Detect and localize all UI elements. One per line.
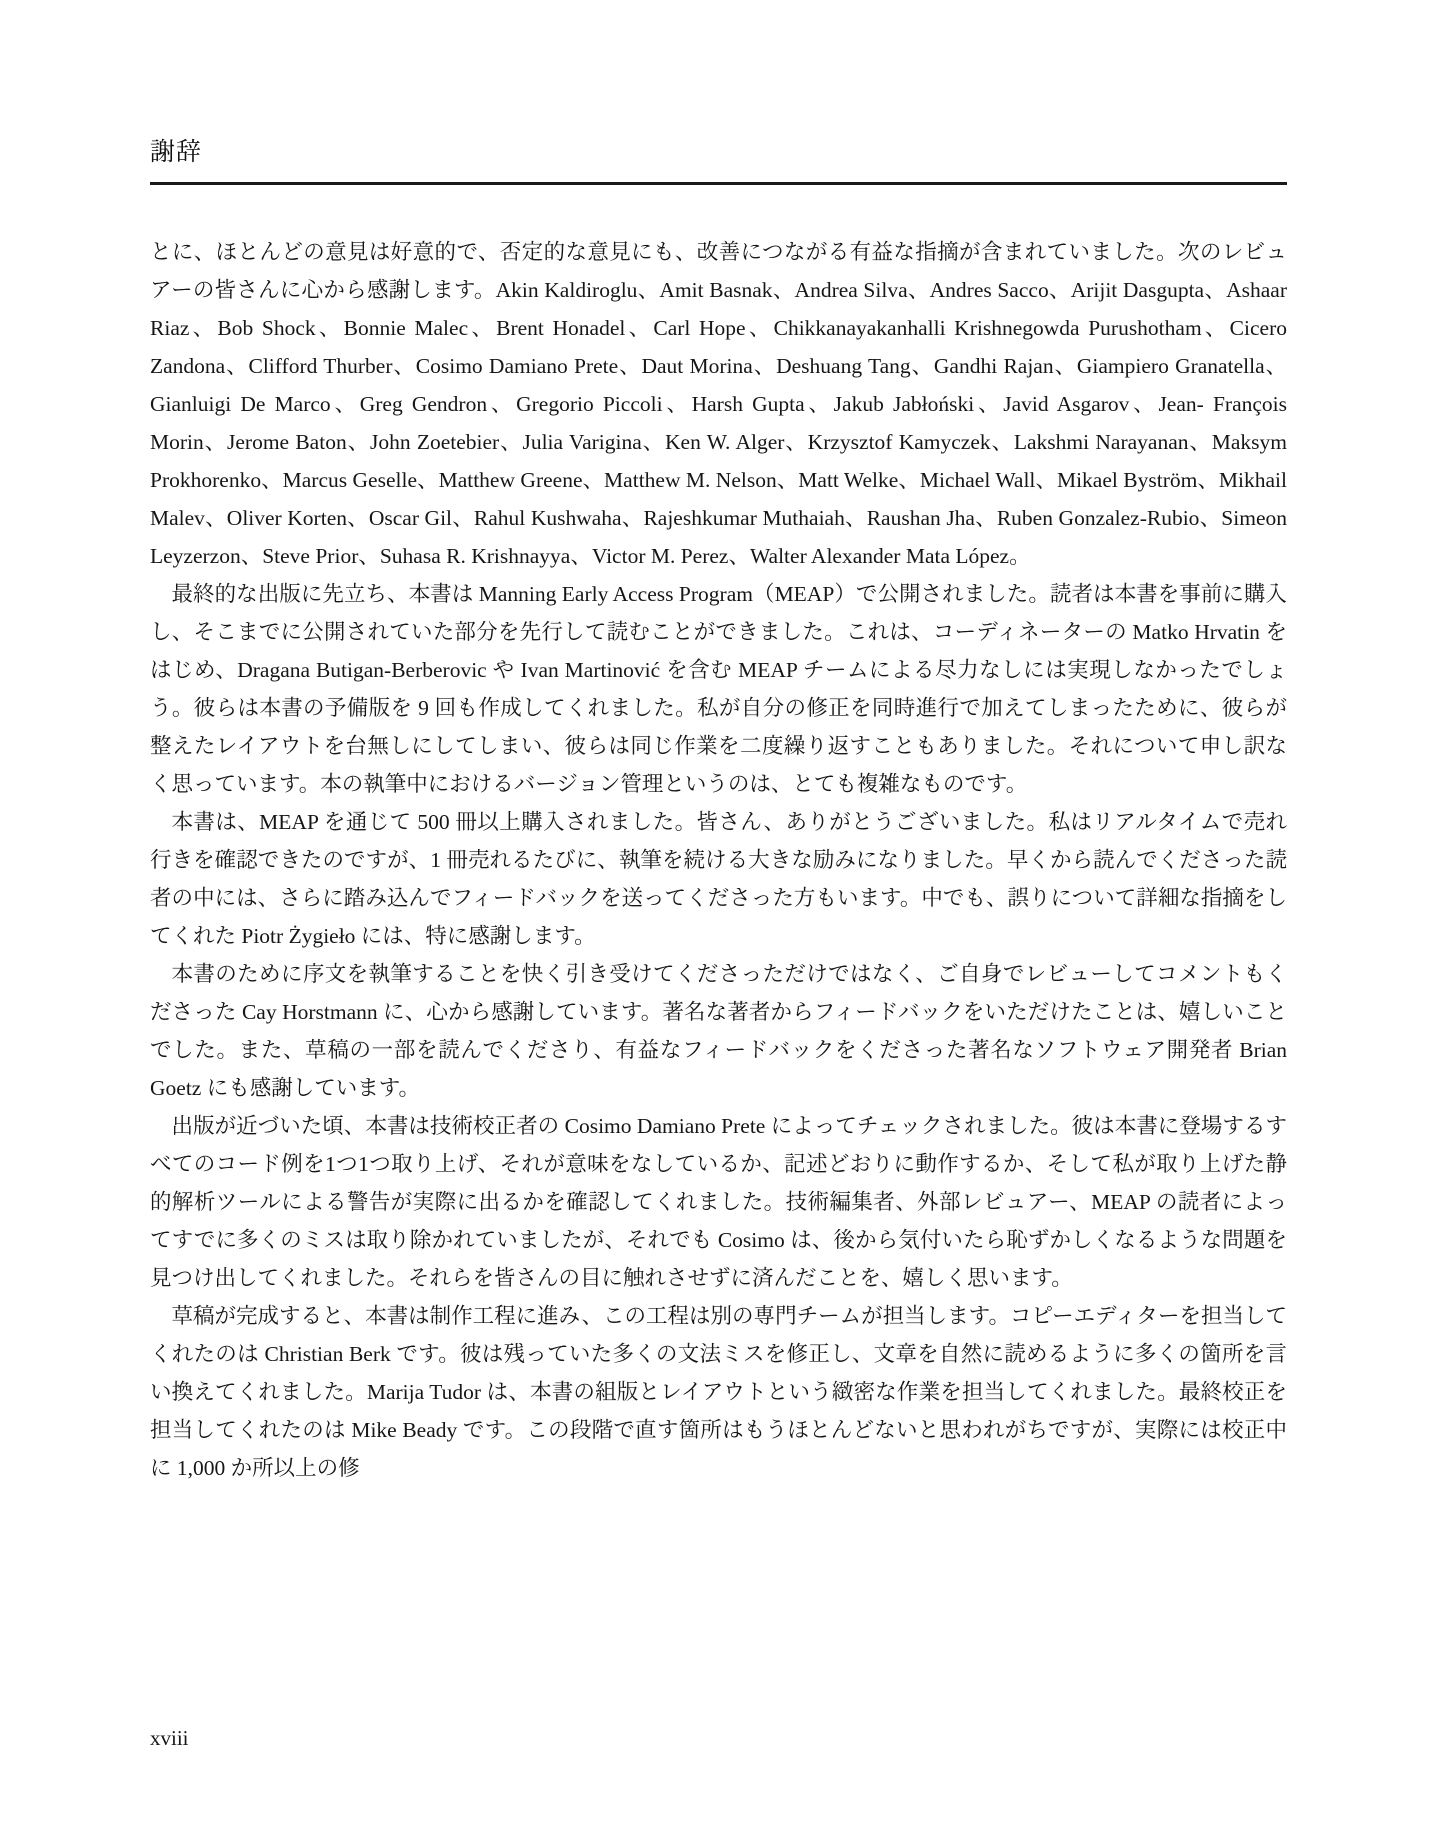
acknowledgments-body: とに、ほとんどの意見は好意的で、否定的な意見にも、改善につながる有益な指摘が含ま… xyxy=(150,233,1287,1487)
paragraph-production-team: 草稿が完成すると、本書は制作工程に進み、この工程は別の専門チームが担当します。コ… xyxy=(150,1297,1287,1487)
page-title: 謝辞 xyxy=(150,135,1287,170)
book-page: 謝辞 とに、ほとんどの意見は好意的で、否定的な意見にも、改善につながる有益な指摘… xyxy=(0,0,1433,1827)
page-footer: xviii xyxy=(150,1726,189,1751)
paragraph-meap: 最終的な出版に先立ち、本書は Manning Early Access Prog… xyxy=(150,575,1287,803)
paragraph-foreword-thanks: 本書のために序文を執筆することを快く引き受けてくださっただけではなく、ご自身でレ… xyxy=(150,955,1287,1107)
page-header: 謝辞 xyxy=(150,135,1287,185)
page-number: xviii xyxy=(150,1726,189,1750)
header-rule xyxy=(150,182,1287,185)
paragraph-meap-sales: 本書は、MEAP を通じて 500 冊以上購入されました。皆さん、ありがとうござ… xyxy=(150,803,1287,955)
paragraph-reviewers: とに、ほとんどの意見は好意的で、否定的な意見にも、改善につながる有益な指摘が含ま… xyxy=(150,233,1287,575)
content-column: 謝辞 とに、ほとんどの意見は好意的で、否定的な意見にも、改善につながる有益な指摘… xyxy=(150,135,1287,1487)
paragraph-technical-proofreader: 出版が近づいた頃、本書は技術校正者の Cosimo Damiano Prete … xyxy=(150,1107,1287,1297)
